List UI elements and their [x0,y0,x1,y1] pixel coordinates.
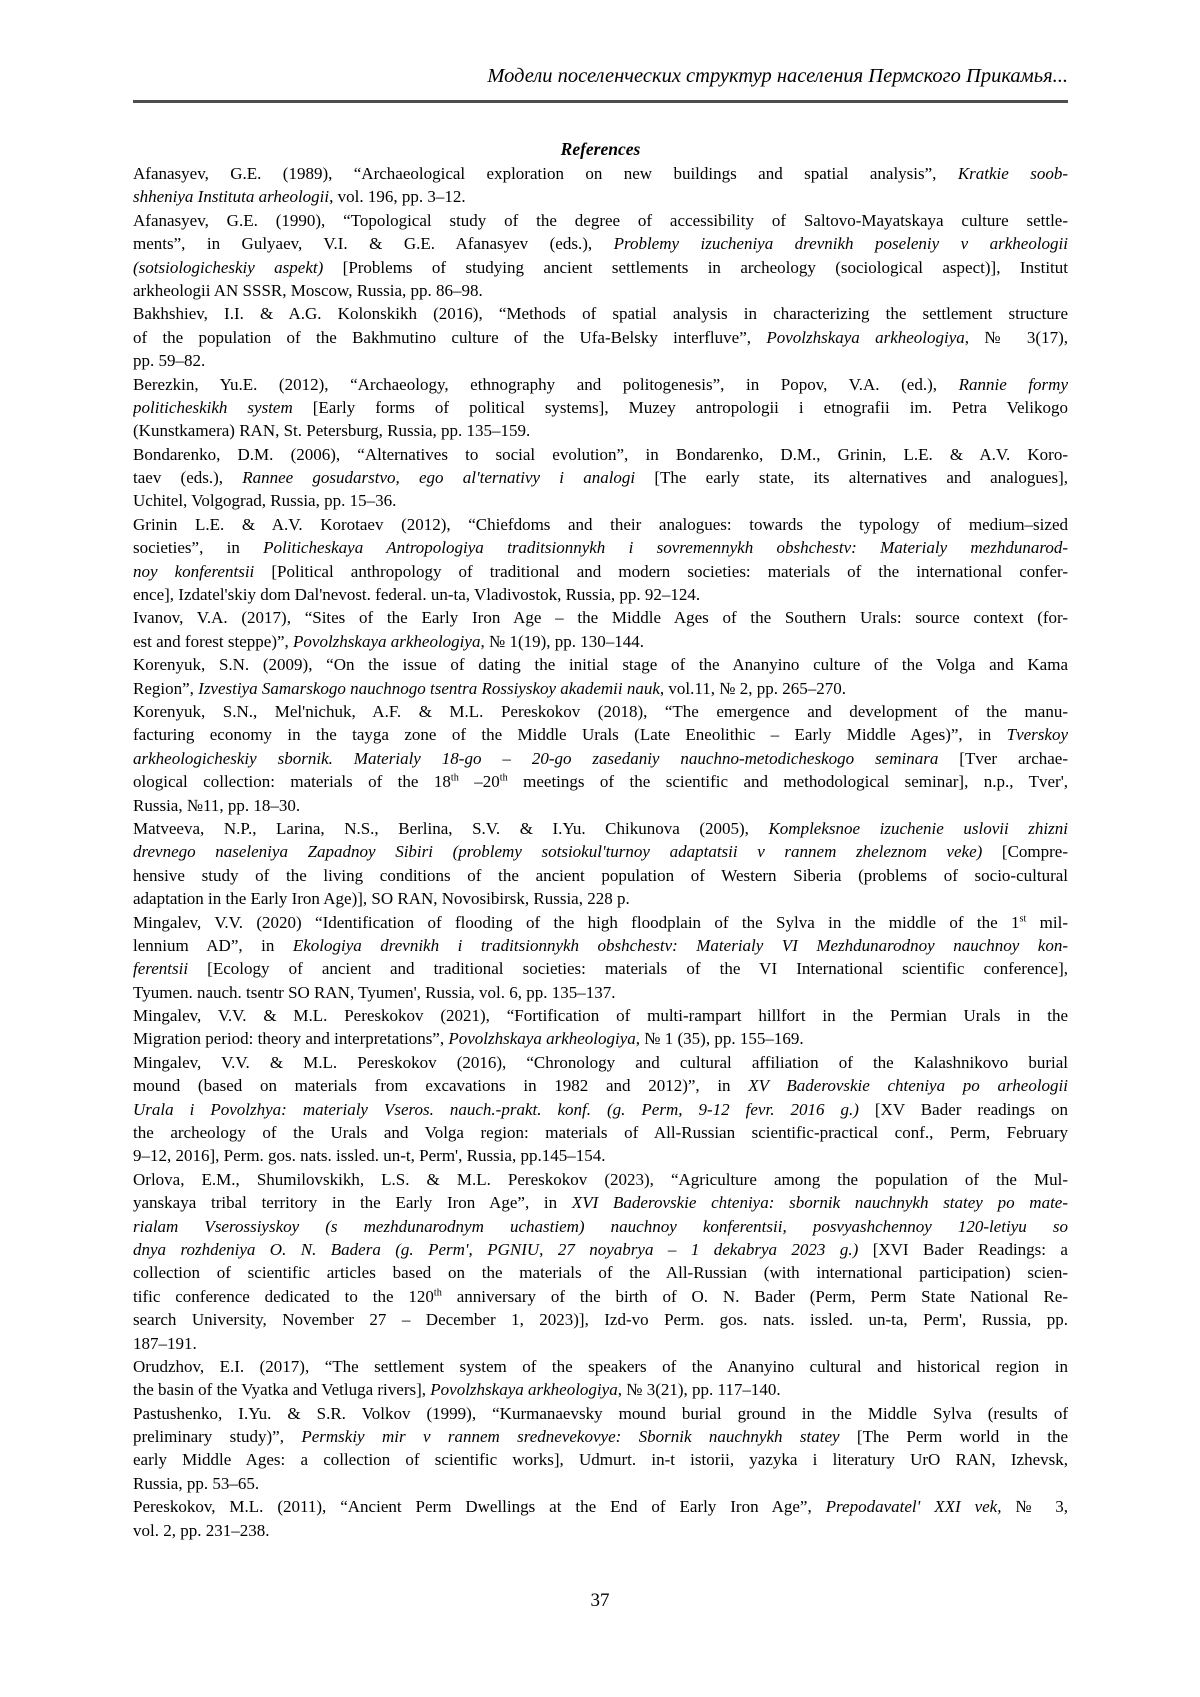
reference-line: 187–191. [133,1332,1068,1355]
references-heading: References [133,138,1068,160]
document-page: Модели поселенческих структур населения … [0,0,1200,1697]
reference-line: the basin of the Vyatka and Vetluga rive… [133,1378,1068,1401]
reference-line: Bondarenko, D.M. (2006), “Alternatives t… [133,443,1068,466]
reference-line: yanskaya tribal territory in the Early I… [133,1191,1068,1214]
reference-line: dnya rozhdeniya O. N. Badera (g. Perm', … [133,1238,1068,1261]
reference-line: adaptation in the Early Iron Age)], SO R… [133,887,1068,910]
reference-line: early Middle Ages: a collection of scien… [133,1448,1068,1471]
reference-line: facturing economy in the tayga zone of t… [133,723,1068,746]
reference-line: politicheskikh system [Early forms of po… [133,396,1068,419]
reference-line: Afanasyev, G.E. (1990), “Topological stu… [133,209,1068,232]
reference-line: Russia, №11, pp. 18–30. [133,794,1068,817]
reference-line: vol. 2, pp. 231–238. [133,1519,1068,1542]
reference-line: Uchitel, Volgograd, Russia, pp. 15–36. [133,489,1068,512]
reference-line: collection of scientific articles based … [133,1261,1068,1284]
reference-line: pp. 59–82. [133,349,1068,372]
reference-line: Orlova, E.M., Shumilovskikh, L.S. & M.L.… [133,1168,1068,1191]
reference-line: Matveeva, N.P., Larina, N.S., Berlina, S… [133,817,1068,840]
reference-line: Region”, Izvestiya Samarskogo nauchnogo … [133,677,1068,700]
running-header: Модели поселенческих структур населения … [133,63,1068,89]
reference-line: Grinin L.E. & A.V. Korotaev (2012), “Chi… [133,513,1068,536]
reference-line: Mingalev, V.V. & M.L. Pereskokov (2021),… [133,1004,1068,1027]
reference-line: ments”, in Gulyaev, V.I. & G.E. Afanasye… [133,232,1068,255]
reference-line: noy konferentsii [Political anthropology… [133,560,1068,583]
reference-line: Korenyuk, S.N. (2009), “On the issue of … [133,653,1068,676]
reference-line: Russia, pp. 53–65. [133,1472,1068,1495]
reference-line: Korenyuk, S.N., Mel'nichuk, A.F. & M.L. … [133,700,1068,723]
reference-line: tific conference dedicated to the 120th … [133,1285,1068,1308]
reference-line: ferentsii [Ecology of ancient and tradit… [133,957,1068,980]
reference-line: drevnego naseleniya Zapadnoy Sibiri (pro… [133,840,1068,863]
reference-line: ological collection: materials of the 18… [133,770,1068,793]
reference-line: (Kunstkamera) RAN, St. Petersburg, Russi… [133,419,1068,442]
reference-line: Tyumen. nauch. tsentr SO RAN, Tyumen', R… [133,981,1068,1004]
reference-line: Pastushenko, I.Yu. & S.R. Volkov (1999),… [133,1402,1068,1425]
reference-line: (sotsiologicheskiy aspekt) [Problems of … [133,256,1068,279]
reference-line: arkheologicheskiy sbornik. Materialy 18-… [133,747,1068,770]
reference-line: Migration period: theory and interpretat… [133,1027,1068,1050]
reference-line: the archeology of the Urals and Volga re… [133,1121,1068,1144]
reference-line: search University, November 27 – Decembe… [133,1308,1068,1331]
reference-line: Pereskokov, M.L. (2011), “Ancient Perm D… [133,1495,1068,1518]
reference-line: Orudzhov, E.I. (2017), “The settlement s… [133,1355,1068,1378]
reference-line: hensive study of the living conditions o… [133,864,1068,887]
reference-line: mound (based on materials from excavatio… [133,1074,1068,1097]
reference-line: ence], Izdatel'skiy dom Dal'nevost. fede… [133,583,1068,606]
reference-line: 9–12, 2016], Perm. gos. nats. issled. un… [133,1144,1068,1167]
reference-line: arkheologii AN SSSR, Moscow, Russia, pp.… [133,279,1068,302]
reference-line: of the population of the Bakhmutino cult… [133,326,1068,349]
reference-line: Mingalev, V.V. (2020) “Identification of… [133,911,1068,934]
reference-line: Bakhshiev, I.I. & A.G. Kolonskikh (2016)… [133,302,1068,325]
reference-line: rialam Vserossiyskoy (s mezhdunarodnym u… [133,1215,1068,1238]
header-rule [133,100,1068,103]
reference-line: Ivanov, V.A. (2017), “Sites of the Early… [133,606,1068,629]
reference-line: Urala i Povolzhya: materialy Vseros. nau… [133,1098,1068,1121]
reference-line: preliminary study)”, Permskiy mir v rann… [133,1425,1068,1448]
reference-line: Mingalev, V.V. & M.L. Pereskokov (2016),… [133,1051,1068,1074]
page-number: 37 [0,1589,1200,1613]
reference-line: Berezkin, Yu.E. (2012), “Archaeology, et… [133,373,1068,396]
reference-line: societies”, in Politicheskaya Antropolog… [133,536,1068,559]
reference-line: taev (eds.), Rannee gosudarstvo, ego al'… [133,466,1068,489]
reference-line: Afanasyev, G.E. (1989), “Archaeological … [133,162,1068,185]
reference-line: lennium AD”, in Ekologiya drevnikh i tra… [133,934,1068,957]
reference-line: est and forest steppe)”, Povolzhskaya ar… [133,630,1068,653]
reference-line: shheniya Instituta arheologii, vol. 196,… [133,185,1068,208]
references-list: Afanasyev, G.E. (1989), “Archaeological … [133,162,1068,1542]
